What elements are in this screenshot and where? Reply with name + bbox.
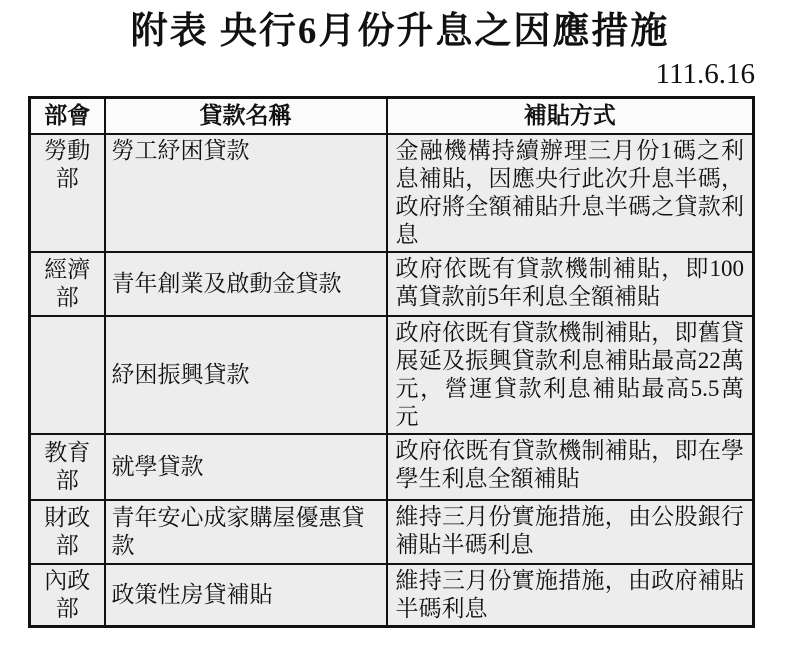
loan-name-cell: 勞工紓困貸款 <box>105 134 387 252</box>
header-loan-name: 貸款名稱 <box>105 98 387 135</box>
header-ministry: 部會 <box>30 98 105 135</box>
subsidy-cell: 維持三月份實施措施，由政府補貼半碼利息 <box>387 564 754 627</box>
date-label: 111.6.16 <box>0 57 755 91</box>
ministry-cell: 經濟部 <box>30 252 105 316</box>
table-row: 教育部 就學貸款 政府依既有貸款機制補貼，即在學學生利息全額補貼 <box>30 434 754 500</box>
subsidy-cell: 政府依既有貸款機制補貼，即100萬貸款前5年利息全額補貼 <box>387 252 754 316</box>
subsidy-cell: 政府依既有貸款機制補貼，即舊貸展延及振興貸款利息補貼最高22萬元，營運貸款利息補… <box>387 316 754 434</box>
measures-table: 部會 貸款名稱 補貼方式 勞動部 勞工紓困貸款 金融機構持續辦理三月份1碼之利息… <box>28 96 755 628</box>
ministry-cell: 教育部 <box>30 434 105 500</box>
loan-name-cell: 紓困振興貸款 <box>105 316 387 434</box>
table-row: 經濟部 青年創業及啟動金貸款 政府依既有貸款機制補貼，即100萬貸款前5年利息全… <box>30 252 754 316</box>
table-header-row: 部會 貸款名稱 補貼方式 <box>30 98 754 135</box>
ministry-cell: 內政部 <box>30 564 105 627</box>
ministry-cell <box>30 316 105 434</box>
subsidy-cell: 政府依既有貸款機制補貼，即在學學生利息全額補貼 <box>387 434 754 500</box>
loan-name-cell: 青年創業及啟動金貸款 <box>105 252 387 316</box>
loan-name-cell: 就學貸款 <box>105 434 387 500</box>
page-title: 附表 央行6月份升息之因應措施 <box>0 8 800 56</box>
ministry-cell: 財政部 <box>30 500 105 564</box>
loan-name-cell: 政策性房貸補貼 <box>105 564 387 627</box>
table-row: 勞動部 勞工紓困貸款 金融機構持續辦理三月份1碼之利息補貼，因應央行此次升息半碼… <box>30 134 754 252</box>
subsidy-cell: 維持三月份實施措施，由公股銀行補貼半碼利息 <box>387 500 754 564</box>
table-row: 財政部 青年安心成家購屋優惠貸款 維持三月份實施措施，由公股銀行補貼半碼利息 <box>30 500 754 564</box>
table-row: 紓困振興貸款 政府依既有貸款機制補貼，即舊貸展延及振興貸款利息補貼最高22萬元，… <box>30 316 754 434</box>
table-row: 內政部 政策性房貸補貼 維持三月份實施措施，由政府補貼半碼利息 <box>30 564 754 627</box>
header-subsidy-method: 補貼方式 <box>387 98 754 135</box>
loan-name-cell: 青年安心成家購屋優惠貸款 <box>105 500 387 564</box>
ministry-cell: 勞動部 <box>30 134 105 252</box>
subsidy-cell: 金融機構持續辦理三月份1碼之利息補貼，因應央行此次升息半碼，政府將全額補貼升息半… <box>387 134 754 252</box>
